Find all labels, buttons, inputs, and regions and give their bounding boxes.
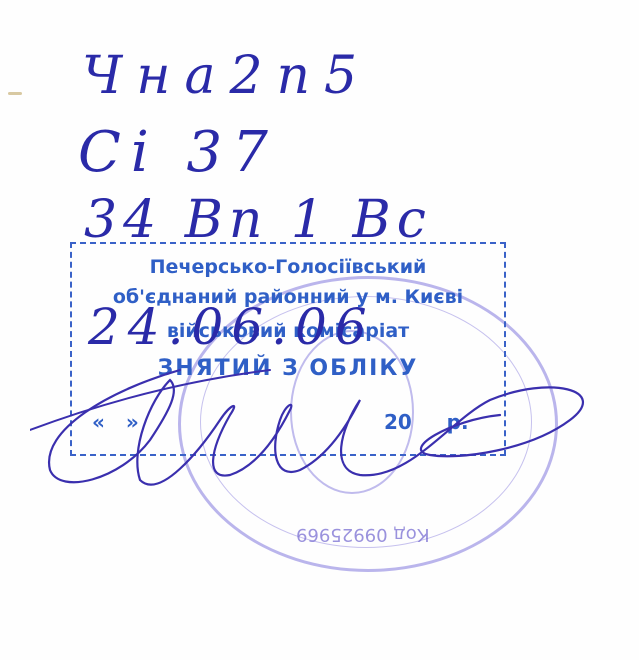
paper-speck bbox=[8, 92, 22, 95]
handwritten-line-1: Чна2п5 bbox=[82, 46, 371, 106]
stamp-line-1: Печерсько-Голосіївський bbox=[72, 256, 504, 278]
round-stamp-code: Код 09925969 bbox=[296, 524, 430, 545]
handwritten-line-3: 34 Вп 1 Вс bbox=[84, 190, 432, 250]
signature bbox=[30, 360, 620, 500]
handwritten-line-2: Сі 37 bbox=[78, 120, 278, 185]
scanned-document: Чна2п5 Сі 37 34 Вп 1 Вс Код 09925969 Печ… bbox=[0, 0, 639, 660]
handwritten-date: 24.06.06 bbox=[88, 298, 375, 356]
